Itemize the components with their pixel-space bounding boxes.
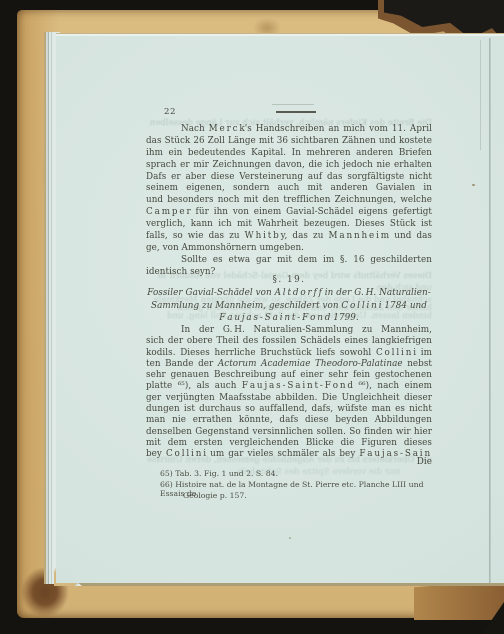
paper-speck xyxy=(289,537,291,539)
text-line: das Stück 26 Zoll Länge mit 36 sichtbare… xyxy=(146,136,432,148)
section-subtitle: Fossiler Gavial-Schädel von A l t d o r … xyxy=(146,287,432,325)
text-line: ihm ein bedeutendes Kapital. In mehreren… xyxy=(146,148,432,160)
paper-speck xyxy=(472,184,475,186)
subtitle-line: Sammlung zu Mannheim, geschildert von C … xyxy=(146,300,432,313)
text-line: denselben Gegenstand versinnlichen solle… xyxy=(146,427,432,438)
section-divider-rule xyxy=(276,111,316,113)
page-number: 22 xyxy=(164,107,176,117)
text-line: platte ⁶⁵), als auch F a u j a s - S a i… xyxy=(146,381,432,392)
text-line: C a m p e r für ihn von einem Gavial-Sch… xyxy=(146,207,432,219)
text-line: Dafs er aber diese Versteinerung auf das… xyxy=(146,172,432,184)
section-heading: §. 19. xyxy=(146,275,432,285)
text-line: verglich, kann ich mit Wahrheit bezeugen… xyxy=(146,219,432,231)
text-segment: ten Bande der xyxy=(146,359,218,369)
page-fore-edge-line-faint xyxy=(480,40,481,150)
footnote-65: 65) Tab. 3. Fig. 1 und 2. S. 84. xyxy=(160,469,440,478)
subtitle-line: F a u j a s - S a i n t - F o n d 1799. xyxy=(146,312,432,325)
text-line: ge, von Ammonshörnern umgeben. xyxy=(146,243,432,255)
latin-work-title: Actorum Academiae Theodoro-Palatinae xyxy=(218,359,403,369)
text-line: mit dem ersten vergleichenden Blicke die… xyxy=(146,438,432,449)
text-line: ger verjüngten Maafsstabe abbilden. Die … xyxy=(146,393,432,404)
text-line: und besonders noch mit den trefflichen Z… xyxy=(146,195,432,207)
text-line-with-latin-title: ten Bande der Actorum Academiae Theodoro… xyxy=(146,359,432,370)
text-line: man nie errathen könnte, dafs diese beyd… xyxy=(146,415,432,426)
text-line: seinem eigenen, sondern auch mit anderen… xyxy=(146,183,432,195)
section-divider-rule-faint xyxy=(272,104,314,105)
catchword: Die xyxy=(146,457,432,467)
text-line: Sollte es etwa gar mit dem im §. 16 gesc… xyxy=(146,255,432,267)
text-line: In der G. H. Naturalien-Sammlung zu Mann… xyxy=(146,325,432,336)
text-line: Nach M e r c k's Handschreiben an mich v… xyxy=(146,124,432,136)
text-line: sich der obere Theil des fossilen Schäde… xyxy=(146,336,432,347)
footnote-66-continuation: Géologie p. 157. xyxy=(183,491,463,500)
subtitle-line: Fossiler Gavial-Schädel von A l t d o r … xyxy=(146,287,432,300)
scanned-book-photo: { "doc": { "page_number": "22", "p1": [ … xyxy=(0,0,504,634)
paragraph-1: Nach M e r c k's Handschreiben an mich v… xyxy=(146,124,432,255)
text-line: dungen ist durchaus so auffallend, dafs,… xyxy=(146,404,432,415)
text-line: sehr genauen Beschreibung auf einer sehr… xyxy=(146,370,432,381)
page-fore-edge-line xyxy=(489,38,491,583)
text-line: kodils. Dieses herrliche Bruchstück lief… xyxy=(146,348,432,359)
text-line: sprach er mir Zeichnungen davon, die ich… xyxy=(146,160,432,172)
text-line: falls, so wie das zu W h i t b y, das zu… xyxy=(146,231,432,243)
paragraph-3: In der G. H. Naturalien-Sammlung zu Mann… xyxy=(146,325,432,461)
